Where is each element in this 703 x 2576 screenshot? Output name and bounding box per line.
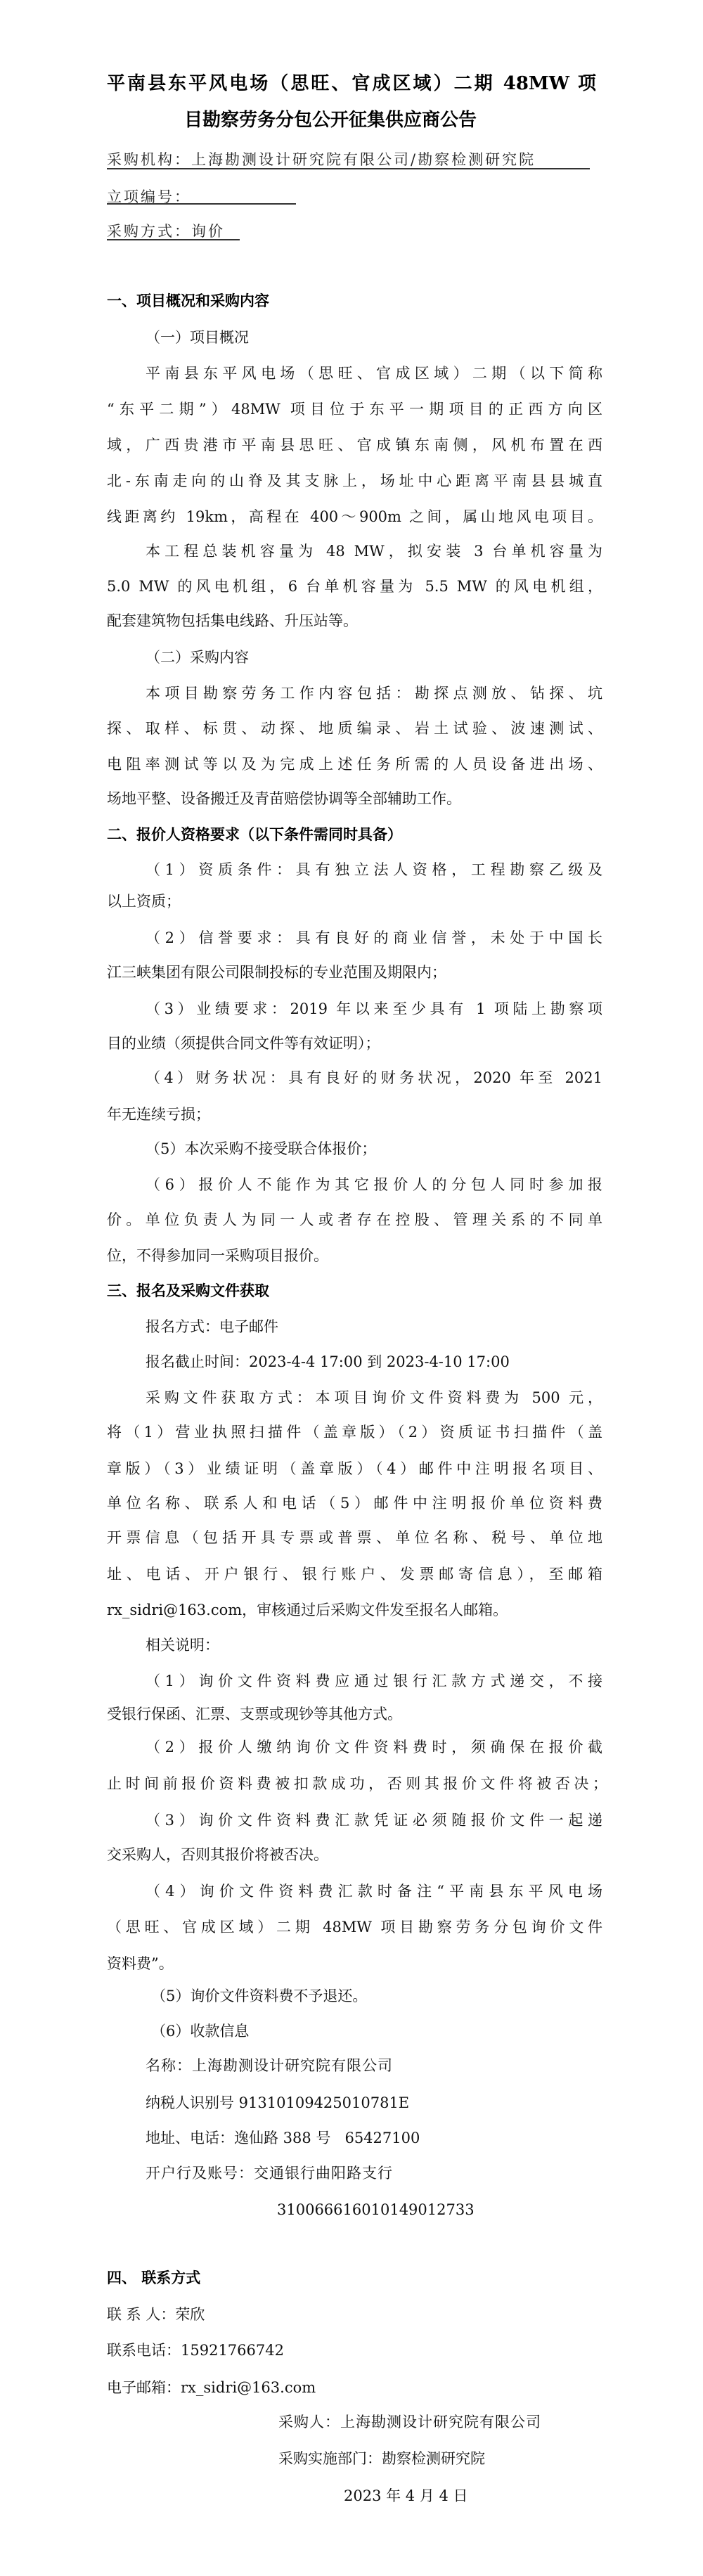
notes-label: 相关说明：	[146, 1634, 219, 1656]
requirement-line: 江三峡集团有限公司限制投标的专业范围及期限内；	[107, 961, 446, 984]
paragraph-line: 平南县东平风电场（思旺、官成区域）二期（以下简称	[146, 362, 602, 385]
acquisition-email-line: rx_sidri@163.com，审核通过后采购文件发至报名人邮箱。	[107, 1599, 508, 1621]
note-line: 受银行保函、汇票、支票或现钞等其他方式。	[107, 1703, 402, 1725]
acquisition-line: 采购文件获取方式：本项目询价文件资料费为 500 元，	[146, 1386, 602, 1409]
requirement-line: （4）财务状况：具有良好的财务状况，2020 年至 2021	[146, 1067, 602, 1089]
note-line: （6）收款信息	[151, 2020, 249, 2042]
requirement-line: （2）信誉要求：具有良好的商业信誉，未处于中国长	[146, 927, 602, 949]
paragraph-line: 5.0 MW 的风电机组，6 台单机容量为 5.5 MW 的风电机组，	[107, 575, 602, 598]
payee-name: 名称：上海勘测设计研究院有限公司	[146, 2054, 393, 2077]
paragraph-line: 域，广西贵港市平南县思旺、官成镇东南侧，风机布置在西	[107, 434, 602, 456]
note-line: 交采购人，否则其报价将被否决。	[107, 1843, 328, 1866]
payee-bank: 开户行及账号：交通银行曲阳路支行	[146, 2162, 393, 2184]
section-1-heading: 一、项目概况和采购内容	[107, 289, 269, 313]
note-line: （5）询价文件资料费不予退还。	[151, 1985, 367, 2007]
project-number-underline	[107, 203, 296, 205]
acquisition-line: 址、电话、开户银行、银行账户、发票邮寄信息），至邮箱	[107, 1563, 602, 1585]
note-line: 止时间前报价资料费被扣款成功，否则其报价文件将被否决；	[107, 1772, 607, 1795]
signature-department: 采购实施部门：勘察检测研究院	[278, 2447, 485, 2470]
paragraph-line: 线距离约 19km，高程在 400～900m 之间，属山地风电项目。	[107, 505, 602, 528]
paragraph-line: 探、取样、标贯、动探、地质编录、岩土试验、波速测试、	[107, 717, 602, 740]
payee-account-number: 310066616010149012733	[277, 2198, 475, 2221]
contact-email: 电子邮箱：rx_sidri@163.com	[107, 2376, 316, 2399]
subsection-2-heading: （二）采购内容	[146, 646, 249, 669]
paragraph-line: 场地平整、设备搬迁及青苗赔偿协调等全部辅助工作。	[107, 787, 461, 810]
requirement-line: 以上资质；	[107, 890, 181, 913]
signup-deadline: 报名截止时间：2023-4-4 17:00 到 2023-4-10 17:00	[146, 1351, 510, 1373]
acquisition-line: 将（1）营业执照扫描件（盖章版）（2）资质证书扫描件（盖	[107, 1421, 602, 1443]
subsection-1-heading: （一）项目概况	[146, 326, 249, 349]
acquisition-line: 开票信息（包括开具专票或普票、单位名称、税号、单位地	[107, 1526, 602, 1549]
paragraph-line: 北-东南走向的山脊及其支脉上，场址中心距离平南县县城直	[107, 470, 602, 492]
requirement-line: 价。单位负责人为同一人或者存在控股、管理关系的不同单	[107, 1209, 602, 1231]
signature-date: 2023 年 4 月 4 日	[344, 2485, 468, 2507]
requirement-line: （5）本次采购不接受联合体报价；	[146, 1138, 376, 1160]
requirement-line: 位，不得参加同一采购项目报价。	[107, 1244, 328, 1267]
section-3-heading: 三、报名及采购文件获取	[107, 1279, 269, 1303]
section-4-heading: 四、 联系方式	[107, 2266, 200, 2290]
project-number-label: 立项编号：	[107, 186, 191, 208]
contact-person: 联 系 人：荣欣	[107, 2303, 205, 2326]
requirement-line: 年无连续亏损；	[107, 1103, 210, 1126]
paragraph-line: 本工程总装机容量为 48 MW，拟安装 3 台单机容量为	[146, 540, 602, 562]
requirement-line: （6）报价人不能作为其它报价人的分包人同时参加报	[146, 1173, 602, 1196]
paragraph-line: 电阻率测试等以及为完成上述任务所需的人员设备进出场、	[107, 753, 602, 775]
signature-purchaser: 采购人：上海勘测设计研究院有限公司	[278, 2411, 541, 2433]
agency-underline	[107, 168, 590, 169]
paragraph-line: 本项目勘察劳务工作内容包括：勘探点测放、钻探、坑	[146, 682, 602, 704]
payee-tax-id: 纳税人识别号 91310109425010781E	[146, 2092, 409, 2114]
method-underline	[107, 239, 240, 240]
requirement-line: 目的业绩（须提供合同文件等有效证明）；	[107, 1032, 380, 1055]
acquisition-line: 章版）（3）业绩证明（盖章版）（4）邮件中注明报名项目、	[107, 1457, 602, 1480]
contact-phone: 联系电话：15921766742	[107, 2339, 284, 2362]
requirement-line: （1）资质条件：具有独立法人资格，工程勘察乙级及	[146, 858, 602, 881]
note-line: （2）报价人缴纳询价文件资料费时，须确保在报价截	[146, 1736, 602, 1758]
announcement-page: 平南县东平风电场（思旺、官成区域）二期 48MW 项 目勘察劳务分包公开征集供应…	[0, 0, 703, 2576]
signup-method: 报名方式：电子邮件	[146, 1315, 278, 1338]
section-2-heading: 二、报价人资格要求（以下条件需同时具备）	[107, 823, 402, 846]
requirement-line: （3）业绩要求：2019 年以来至少具有 1 项陆上勘察项	[146, 998, 602, 1020]
note-line: 资料费”。	[107, 1952, 174, 1975]
paragraph-line: “东平二期”）48MW 项目位于东平一期项目的正西方向区	[107, 398, 602, 420]
note-line: （1）询价文件资料费应通过银行汇款方式递交，不接	[146, 1670, 602, 1692]
document-title-line-1: 平南县东平风电场（思旺、官成区域）二期 48MW 项	[107, 70, 596, 98]
acquisition-line: 单位名称、联系人和电话（5）邮件中注明报价单位资料费	[107, 1492, 602, 1514]
document-title-line-2: 目勘察劳务分包公开征集供应商公告	[184, 106, 477, 134]
note-line: （4）询价文件资料费汇款时备注“平南县东平风电场	[146, 1880, 602, 1902]
paragraph-line: 配套建筑物包括集电线路、升压站等。	[107, 610, 358, 632]
note-line: （3）询价文件资料费汇款凭证必须随报价文件一起递	[146, 1809, 602, 1831]
note-line: （思旺、官成区域）二期 48MW 项目勘察劳务分包询价文件	[107, 1916, 602, 1938]
payee-address-phone: 地址、电话：逸仙路 388 号 65427100	[146, 2127, 420, 2149]
